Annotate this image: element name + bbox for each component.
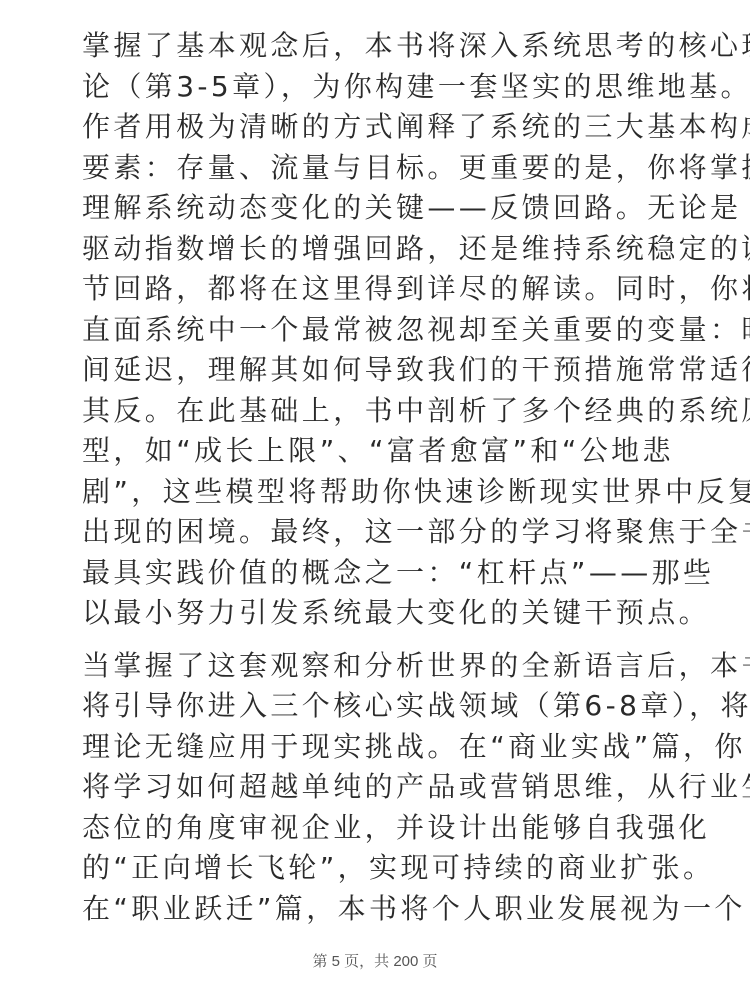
- text-line: 出现的困境。最终，这一部分的学习将聚焦于全书: [82, 512, 682, 553]
- text-line: 型，如“成长上限”、“富者愈富”和“公地悲: [82, 431, 682, 472]
- text-line: 间延迟，理解其如何导致我们的干预措施常常适得: [82, 350, 682, 391]
- paragraph-theory: 掌握了基本观念后，本书将深入系统思考的核心理 论（第3-5章），为你构建一套坚实…: [82, 26, 682, 634]
- text-line: 将引导你进入三个核心实战领域（第6-8章），将: [82, 686, 682, 727]
- text-line: 直面系统中一个最常被忽视却至关重要的变量：时: [82, 310, 682, 351]
- paragraph-practice: 当掌握了这套观察和分析世界的全新语言后，本书 将引导你进入三个核心实战领域（第6…: [82, 646, 682, 930]
- text-line: 剧”，这些模型将帮助你快速诊断现实世界中反复: [82, 472, 682, 513]
- text-line: 当掌握了这套观察和分析世界的全新语言后，本书: [82, 646, 682, 687]
- text-line: 掌握了基本观念后，本书将深入系统思考的核心理: [82, 26, 682, 67]
- text-line: 其反。在此基础上，书中剖析了多个经典的系统原: [82, 391, 682, 432]
- text-line: 作者用极为清晰的方式阐释了系统的三大基本构成: [82, 107, 682, 148]
- page-indicator: 第 5 页，共 200 页: [0, 950, 750, 971]
- text-line: 驱动指数增长的增强回路，还是维持系统稳定的调: [82, 229, 682, 270]
- text-line: 态位的角度审视企业，并设计出能够自我强化: [82, 808, 682, 849]
- text-line: 论（第3-5章），为你构建一套坚实的思维地基。: [82, 67, 682, 108]
- text-line: 在“职业跃迁”篇，本书将个人职业发展视为一个: [82, 889, 682, 930]
- text-line: 理解系统动态变化的关键——反馈回路。无论是: [82, 188, 682, 229]
- document-page: 掌握了基本观念后，本书将深入系统思考的核心理 论（第3-5章），为你构建一套坚实…: [82, 26, 682, 941]
- text-line: 以最小努力引发系统最大变化的关键干预点。: [82, 593, 682, 634]
- text-line: 节回路，都将在这里得到详尽的解读。同时，你将: [82, 269, 682, 310]
- text-line: 要素：存量、流量与目标。更重要的是，你将掌握: [82, 148, 682, 189]
- text-line: 将学习如何超越单纯的产品或营销思维，从行业生: [82, 767, 682, 808]
- text-line: 理论无缝应用于现实挑战。在“商业实战”篇，你: [82, 727, 682, 768]
- text-line: 的“正向增长飞轮”，实现可持续的商业扩张。: [82, 848, 682, 889]
- text-line: 最具实践价值的概念之一：“杠杆点”——那些: [82, 553, 682, 594]
